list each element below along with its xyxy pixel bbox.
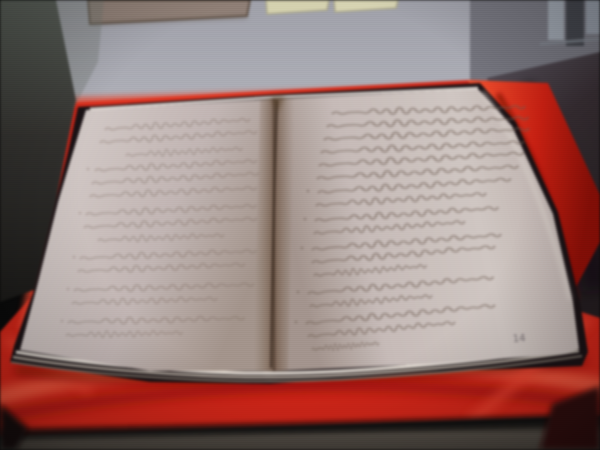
museum-photo: 14 [0, 0, 600, 450]
page-number: 14 [512, 333, 525, 345]
photo-canvas: 14 [0, 0, 600, 450]
window-reflection [540, 0, 600, 46]
book-gutter [254, 95, 294, 371]
manuscript-book: 14 [10, 83, 588, 384]
